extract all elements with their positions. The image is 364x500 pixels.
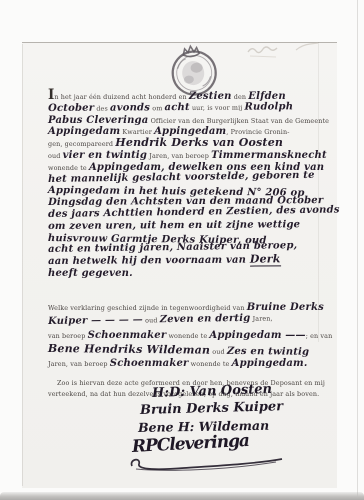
- line: oud vier en twintig Jaren, van beroep Ti…: [48, 143, 326, 155]
- page-left-edge: [22, 44, 23, 486]
- line: aan hetwelk hij den voornaam van Derk: [48, 247, 326, 261]
- pencil-note: [244, 38, 324, 66]
- line: om zeven uren, uit hem en uit zijne wett…: [48, 212, 326, 226]
- line: Appingedam Kwartier Appingedam, Provinci…: [48, 119, 326, 131]
- scanner-bottom-edge: [0, 492, 364, 500]
- paragraph-opening: In het jaar één duizend acht honderd en …: [48, 84, 326, 273]
- line: October des avonds om acht uur, is voor …: [48, 94, 326, 108]
- paragraph-witnesses: Welke verklaring geschied zijnde in tege…: [48, 295, 328, 365]
- scan-edge-line: [357, 0, 358, 500]
- scanned-document: In het jaar één duizend acht honderd en …: [0, 0, 364, 500]
- given-name-underlined: Derk: [250, 253, 281, 267]
- signature-flourish: [126, 456, 286, 478]
- line: Kuiper — — — — oud Zeven en dertig Jaren…: [48, 305, 328, 323]
- line: Zoo is hiervan deze acte geformeerd en d…: [48, 370, 320, 381]
- line: Bene Hendriks Wildeman oud Zes en twinti…: [48, 337, 328, 354]
